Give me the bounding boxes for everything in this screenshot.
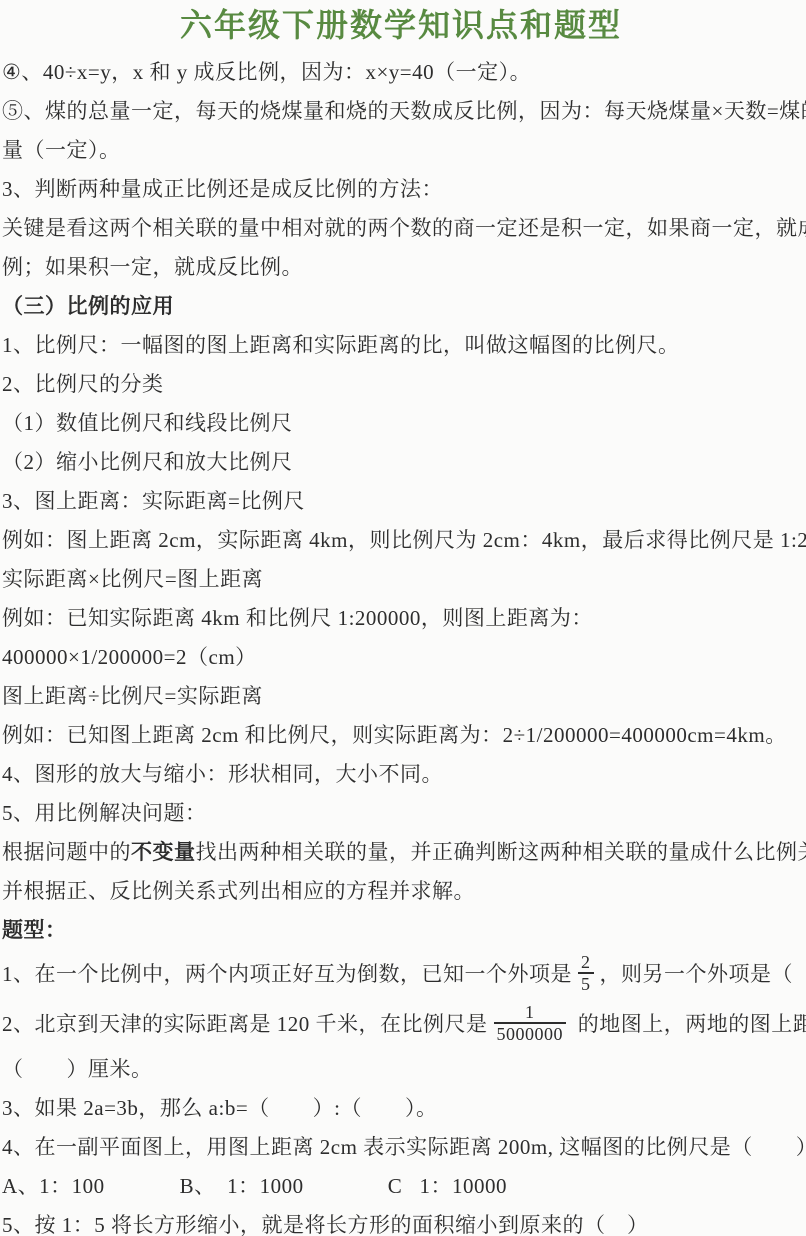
doc-line-invariant: 根据问题中的不变量找出两种相关联的量，并正确判断这两种相关联的量成什么比例关系， bbox=[2, 831, 800, 870]
question-3: 3、如果 2a=3b，那么 a:b=（ ）:（ ）。 bbox=[2, 1087, 800, 1126]
doc-line-solve-problems: 5、用比例解决问题： bbox=[2, 792, 800, 831]
line-text: 关键是看这两个相关联的量中相对就的两个数的商一定还是积一定，如果商一定，就成正比 bbox=[2, 212, 806, 242]
doc-line-invariant-wrap: 并根据正、反比例关系式列出相应的方程并求解。 bbox=[2, 870, 800, 909]
line-text: 例如：图上距离 2cm，实际距离 4km，则比例尺为 2cm：4km，最后求得比… bbox=[2, 524, 806, 554]
line-text: 3、图上距离：实际距离=比例尺 bbox=[2, 485, 305, 515]
section-heading-question-types: 题型： bbox=[2, 909, 800, 948]
invariant-bold-text: 不变量 bbox=[131, 836, 196, 866]
line-text: 并根据正、反比例关系式列出相应的方程并求解。 bbox=[2, 875, 475, 905]
question-2: 2、北京到天津的实际距离是 120 千米，在比例尺是15000000 的地图上，… bbox=[2, 998, 800, 1048]
doc-line-rule5-wrap: 量（一定）。 bbox=[2, 129, 800, 168]
line-text: ⑤、煤的总量一定，每天的烧煤量和烧的天数成反比例，因为：每天烧煤量×天数=煤的总 bbox=[2, 95, 806, 125]
doc-line-scale-types: 2、比例尺的分类 bbox=[2, 363, 800, 402]
fraction-numerator: 2 bbox=[578, 952, 594, 972]
line-text: 题型： bbox=[2, 914, 67, 944]
line-text: 例如：已知实际距离 4km 和比例尺 1:200000，则图上距离为： bbox=[2, 602, 593, 632]
line-text: 找出两种相关联的量，并正确判断这两种相关联的量成什么比例关系， bbox=[196, 836, 806, 866]
line-text: 的地图上，两地的图上距离是 bbox=[572, 1008, 806, 1038]
question-4: 4、在一副平面图上，用图上距离 2cm 表示实际距离 200m, 这幅图的比例尺… bbox=[2, 1126, 800, 1165]
doc-line-formula2: 实际距离×比例尺=图上距离 bbox=[2, 558, 800, 597]
line-text: 2、比例尺的分类 bbox=[2, 368, 164, 398]
line-text: ④、40÷x=y，x 和 y 成反比例，因为：x×y=40（一定）。 bbox=[2, 56, 531, 86]
line-text: 5、按 1：5 将长方形缩小，就是将长方形的面积缩小到原来的（ ） bbox=[2, 1209, 649, 1236]
doc-line-formula3: 图上距离÷比例尺=实际距离 bbox=[2, 675, 800, 714]
option-c: C 1：10000 bbox=[388, 1170, 507, 1200]
question-2-wrap: （ ）厘米。 bbox=[2, 1048, 800, 1087]
option-b: B、 1：1000 bbox=[180, 1170, 304, 1200]
section-heading-application: （三）比例的应用 bbox=[2, 285, 800, 324]
line-text: 根据问题中的 bbox=[2, 836, 131, 866]
doc-line-example1: 例如：图上距离 2cm，实际距离 4km，则比例尺为 2cm：4km，最后求得比… bbox=[2, 519, 800, 558]
doc-line-rule5: ⑤、煤的总量一定，每天的烧煤量和烧的天数成反比例，因为：每天烧煤量×天数=煤的总 bbox=[2, 90, 800, 129]
line-text: 例如：已知图上距离 2cm 和比例尺，则实际距离为：2÷1/200000=400… bbox=[2, 719, 787, 749]
line-text: 400000×1/200000=2（cm） bbox=[2, 641, 257, 671]
line-text: 1、比例尺：一幅图的图上距离和实际距离的比，叫做这幅图的比例尺。 bbox=[2, 329, 680, 359]
doc-line-example3: 例如：已知图上距离 2cm 和比例尺，则实际距离为：2÷1/200000=400… bbox=[2, 714, 800, 753]
line-text: 3、判断两种量成正比例还是成反比例的方法： bbox=[2, 173, 443, 203]
line-text: 量（一定）。 bbox=[2, 134, 121, 164]
page-title: 六年级下册数学知识点和题型 bbox=[2, 5, 800, 46]
doc-line-method-heading: 3、判断两种量成正比例还是成反比例的方法： bbox=[2, 168, 800, 207]
line-text: 实际距离×比例尺=图上距离 bbox=[2, 563, 263, 593]
doc-line-formula1: 3、图上距离：实际距离=比例尺 bbox=[2, 480, 800, 519]
doc-line-method-body: 关键是看这两个相关联的量中相对就的两个数的商一定还是积一定，如果商一定，就成正比 bbox=[2, 207, 800, 246]
line-text: 5、用比例解决问题： bbox=[2, 797, 207, 827]
doc-line-example2-calc: 400000×1/200000=2（cm） bbox=[2, 636, 800, 675]
fraction-numerator: 1 bbox=[522, 1002, 538, 1022]
question-1: 1、在一个比例中，两个内项正好互为倒数，已知一个外项是25，则另一个外项是（ ）… bbox=[2, 948, 800, 998]
line-text: 例；如果积一定，就成反比例。 bbox=[2, 251, 303, 281]
fraction-denominator: 5000000 bbox=[494, 1022, 567, 1044]
fraction-one-five-millionth: 15000000 bbox=[494, 1002, 567, 1044]
doc-line-scale-type1: （1）数值比例尺和线段比例尺 bbox=[2, 402, 800, 441]
line-text: 图上距离÷比例尺=实际距离 bbox=[2, 680, 263, 710]
line-text: （1）数值比例尺和线段比例尺 bbox=[2, 407, 293, 437]
line-text: 2、北京到天津的实际距离是 120 千米，在比例尺是 bbox=[2, 1008, 488, 1038]
line-text: 1、在一个比例中，两个内项正好互为倒数，已知一个外项是 bbox=[2, 958, 572, 988]
line-text: 3、如果 2a=3b，那么 a:b=（ ）:（ ）。 bbox=[2, 1092, 438, 1122]
doc-line-rule4: ④、40÷x=y，x 和 y 成反比例，因为：x×y=40（一定）。 bbox=[2, 51, 800, 90]
doc-line-scale-type2: （2）缩小比例尺和放大比例尺 bbox=[2, 441, 800, 480]
doc-line-scale-def: 1、比例尺：一幅图的图上距离和实际距离的比，叫做这幅图的比例尺。 bbox=[2, 324, 800, 363]
fraction-two-fifths: 25 bbox=[578, 952, 594, 994]
document-page: 六年级下册数学知识点和题型 ④、40÷x=y，x 和 y 成反比例，因为：x×y… bbox=[0, 0, 806, 1236]
line-text: （三）比例的应用 bbox=[2, 290, 174, 320]
line-text: 4、图形的放大与缩小：形状相同，大小不同。 bbox=[2, 758, 443, 788]
line-text: 4、在一副平面图上，用图上距离 2cm 表示实际距离 200m, 这幅图的比例尺… bbox=[2, 1131, 806, 1161]
line-text: ，则另一个外项是（ ）。 bbox=[600, 958, 806, 988]
option-a: A、1：100 bbox=[2, 1170, 105, 1200]
question-4-options: A、1：100 B、 1：1000 C 1：10000 bbox=[2, 1165, 800, 1204]
question-5: 5、按 1：5 将长方形缩小，就是将长方形的面积缩小到原来的（ ） bbox=[2, 1204, 800, 1236]
doc-line-example2: 例如：已知实际距离 4km 和比例尺 1:200000，则图上距离为： bbox=[2, 597, 800, 636]
doc-line-enlarge-shrink: 4、图形的放大与缩小：形状相同，大小不同。 bbox=[2, 753, 800, 792]
line-text: （ ）厘米。 bbox=[2, 1053, 153, 1083]
doc-line-method-body-wrap: 例；如果积一定，就成反比例。 bbox=[2, 246, 800, 285]
fraction-denominator: 5 bbox=[578, 972, 594, 994]
line-text: （2）缩小比例尺和放大比例尺 bbox=[2, 446, 293, 476]
